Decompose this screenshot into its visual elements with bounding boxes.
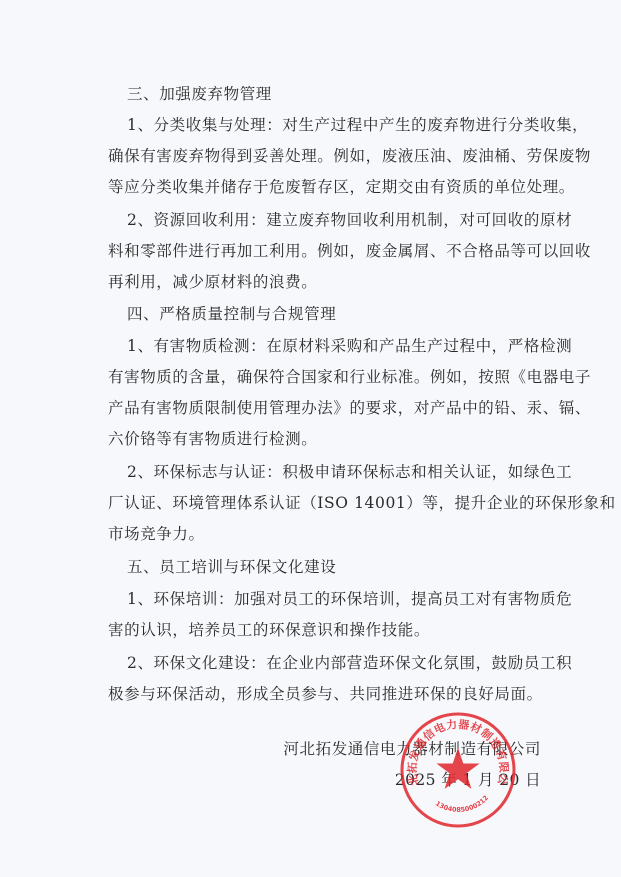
paragraph-line: 产品有害物质限制使用管理办法》的要求，对产品中的铅、汞、镉、 <box>108 398 591 418</box>
paragraph-line: 1、分类收集与处理：对生产过程中产生的废弃物进行分类收集， <box>127 115 588 135</box>
paragraph-line: 再利用，减少原材料的浪费。 <box>108 272 317 292</box>
paragraph-line: 六价铬等有害物质进行检测。 <box>108 429 317 449</box>
section-heading: 三、加强废弃物管理 <box>127 84 272 104</box>
paragraph-line: 2、资源回收利用：建立废弃物回收利用机制，对可回收的原材 <box>127 210 572 230</box>
seal-number: 1304085000212 <box>434 794 490 814</box>
paragraph-line: 市场竞争力。 <box>108 524 205 544</box>
section-heading: 四、严格质量控制与合规管理 <box>127 304 336 324</box>
paragraph-line: 极参与环保活动，形成全员参与、共同推进环保的良好局面。 <box>108 684 543 704</box>
paragraph-line: 2、环保标志与认证：积极申请环保标志和相关认证，如绿色工 <box>127 462 572 482</box>
paragraph-line: 厂认证、环境管理体系认证（ISO 14001）等，提升企业的环保形象和 <box>108 493 616 513</box>
paragraph-line: 1、有害物质检测：在原材料采购和产品生产过程中，严格检测 <box>127 336 572 356</box>
section-heading: 五、员工培训与环保文化建设 <box>127 557 336 577</box>
paragraph-line: 等应分类收集并储存于危废暂存区，定期交由有资质的单位处理。 <box>108 177 575 197</box>
paragraph-line: 有害物质的含量，确保符合国家和行业标准。例如，按照《电器电子 <box>108 367 591 387</box>
company-seal-icon: 河北拓发通信电力器材制造有限公司 1304085000212 <box>398 710 518 830</box>
paragraph-line: 害的认识，培养员工的环保意识和操作技能。 <box>108 620 430 640</box>
paragraph-line: 1、环保培训：加强对员工的环保培训，提高员工对有害物质危 <box>127 589 572 609</box>
svg-text:1304085000212: 1304085000212 <box>434 794 490 814</box>
paragraph-line: 料和零部件进行再加工利用。例如，废金属屑、不合格品等可以回收 <box>108 241 591 261</box>
document-page: 三、加强废弃物管理 1、分类收集与处理：对生产过程中产生的废弃物进行分类收集， … <box>0 0 621 877</box>
seal-star-icon <box>436 748 479 789</box>
paragraph-line: 确保有害废弃物得到妥善处理。例如，废液压油、废油桶、劳保废物 <box>108 146 591 166</box>
paragraph-line: 2、环保文化建设：在企业内部营造环保文化氛围，鼓励员工积 <box>127 653 572 673</box>
